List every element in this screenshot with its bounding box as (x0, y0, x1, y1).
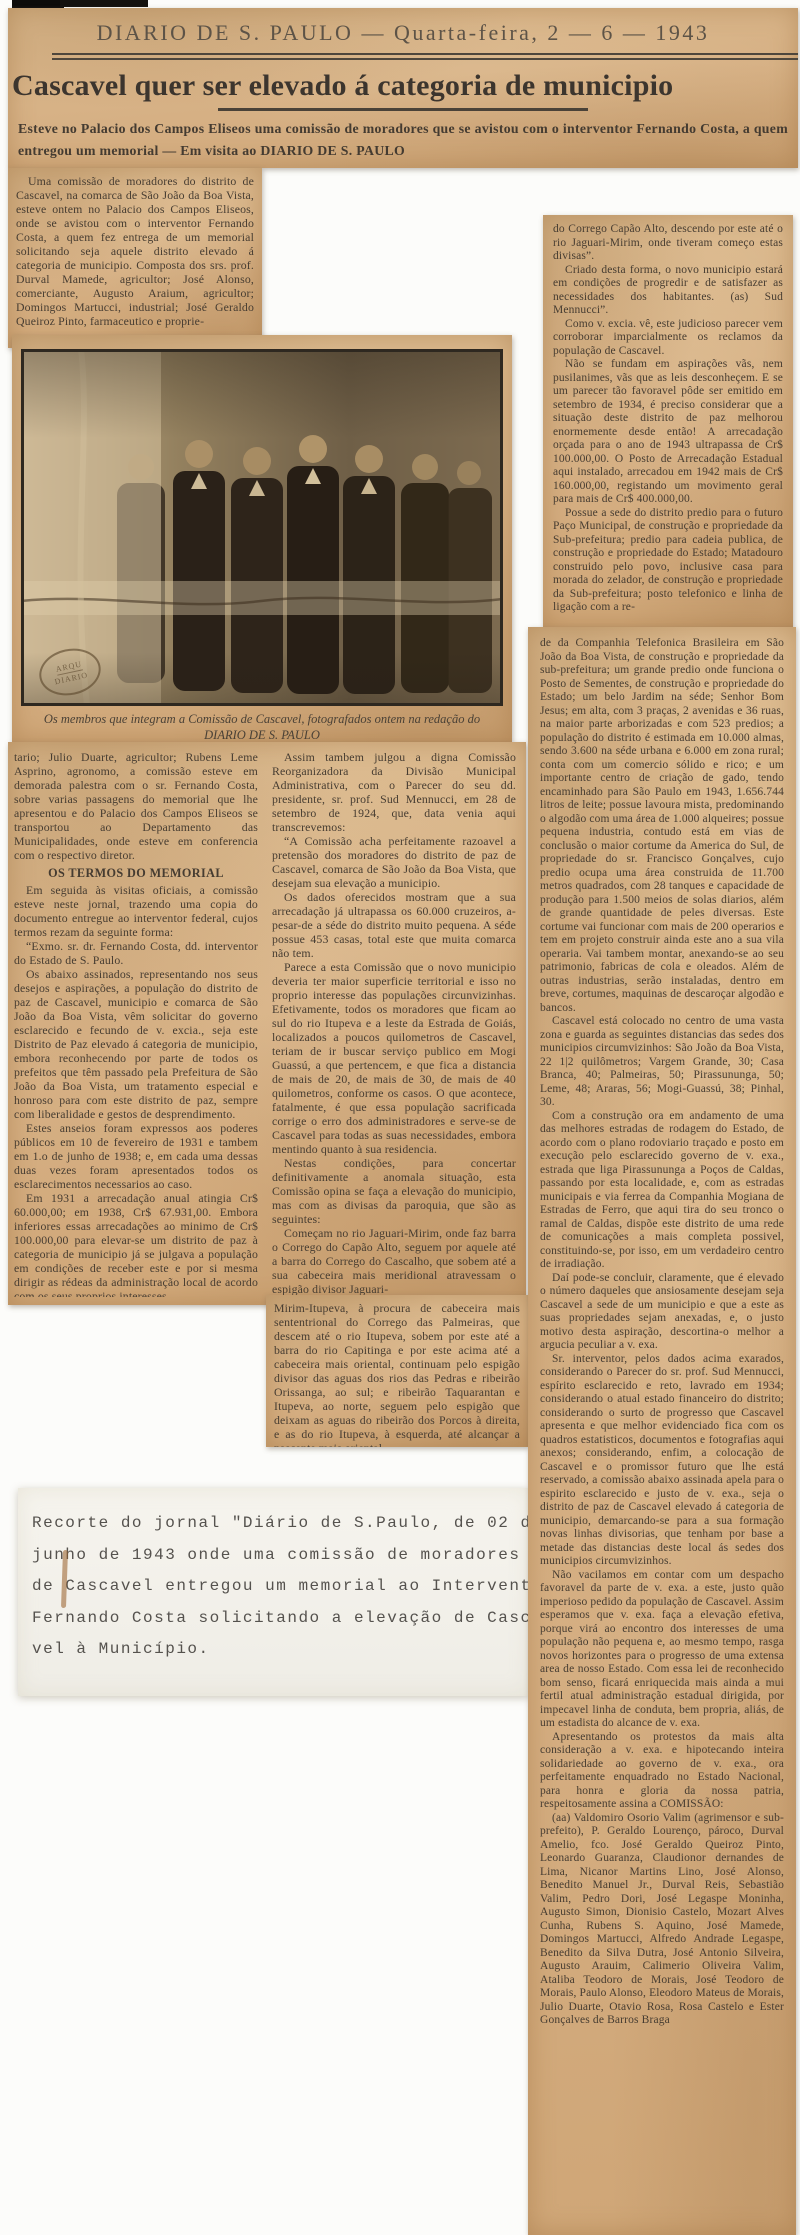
paragraph: Em 1931 a arrecadação anual atingia Cr$ … (14, 1191, 258, 1297)
article-column-2: Assim tambem julgou a digna Comissão Reo… (272, 750, 516, 1297)
paragraph: Os abaixo assinados, representando nos s… (14, 967, 258, 1121)
paragraph: Assim tambem julgou a digna Comissão Reo… (272, 750, 516, 834)
paragraph: tario; Julio Duarte, agricultor; Rubens … (14, 750, 258, 862)
typed-note-line: Fernando Costa solicitando a elevação de… (32, 1603, 516, 1635)
paragraph: Apresentando os protestos da mais alta c… (540, 1731, 784, 1812)
committee-photo: ARQU DIARIO (21, 349, 503, 706)
paragraph: (aa) Valdomiro Osorio Valim (agrimensor … (540, 1812, 784, 2028)
section-heading: OS TERMOS DO MEMORIAL (14, 866, 258, 880)
paragraph: “Exmo. sr. dr. Fernando Costa, dd. inter… (14, 939, 258, 967)
paragraph: Parece a esta Comissão que o novo munici… (272, 960, 516, 1156)
committee-photo-image (21, 349, 503, 706)
masthead-piece: DIARIO DE S. PAULO — Quarta-feira, 2 — 6… (8, 8, 798, 168)
newspaper-clipping-scan: DIARIO DE S. PAULO — Quarta-feira, 2 — 6… (0, 0, 800, 2235)
paragraph: Criado desta forma, o novo municipio est… (553, 264, 783, 318)
paragraph: Começam no rio Jaguari-Mirim, onde faz b… (272, 1226, 516, 1296)
paragraph: de da Companhia Telefonica Brasileira em… (540, 637, 784, 1015)
paragraph: Possue a sede do distrito predio para o … (553, 507, 783, 615)
paragraph: do Corrego Capão Alto, descendo por este… (553, 223, 783, 264)
paragraph: “A Comissão acha perfeitamente razoavel … (272, 834, 516, 890)
photo-caption: Os membros que integram a Comissão de Ca… (30, 711, 494, 743)
article-column-2-continuation: Mirim-Itupeva, à procura de cabeceira ma… (266, 1295, 528, 1447)
paragraph: Sr. interventor, pelos dados acima exara… (540, 1353, 784, 1569)
typed-note-line: vel à Município. (32, 1634, 516, 1666)
typed-note-line: de Cascavel entregou um memorial ao Inte… (32, 1571, 516, 1603)
article-column-1-bottom: tario; Julio Duarte, agricultor; Rubens … (14, 750, 258, 1297)
scan-black-mark (60, 0, 148, 7)
paragraph: Não vacilamos em contar com um despacho … (540, 1569, 784, 1731)
paragraph: Com a construção ora em andamento de uma… (540, 1110, 784, 1272)
paragraph: Uma comissão de moradores do distrito de… (16, 174, 254, 328)
article-right-column-lower: de da Companhia Telefonica Brasileira em… (528, 627, 796, 2235)
paragraph: Não se fundam em aspirações vãs, nem pus… (553, 358, 783, 507)
paragraph: Os dados oferecidos mostram que a sua ar… (272, 890, 516, 960)
photo-piece: ARQU DIARIO Os membros que integram a Co… (12, 335, 512, 742)
subheadline: Esteve no Palacio dos Campos Eliseos uma… (8, 118, 798, 162)
paragraph: Daí pode-se concluir, claramente, que é … (540, 1272, 784, 1353)
typed-note-line: Recorte do jornal "Diário de S.Paulo, de… (32, 1508, 516, 1540)
typed-note-line: junho de 1943 onde uma comissão de morad… (32, 1540, 516, 1572)
paragraph: Mirim-Itupeva, à procura de cabeceira ma… (274, 1301, 520, 1447)
paragraph: Em seguida às visitas oficiais, a comiss… (14, 883, 258, 939)
headline: Cascavel quer ser elevado á categoria de… (12, 69, 796, 103)
paragraph: Estes anseios foram expressos aos podere… (14, 1121, 258, 1191)
paragraph: Cascavel está colocado no centro de uma … (540, 1015, 784, 1110)
newspaper-name-dateline: DIARIO DE S. PAULO — Quarta-feira, 2 — 6… (8, 8, 798, 46)
article-right-column-upper: do Corrego Capão Alto, descendo por este… (543, 215, 793, 627)
paragraph: Como v. excia. vê, este judicioso parece… (553, 318, 783, 359)
paragraph: Nestas condições, para concertar definit… (272, 1156, 516, 1226)
headline-rule (218, 108, 588, 111)
double-rule (52, 53, 798, 60)
typed-note: Recorte do jornal "Diário de S.Paulo, de… (18, 1488, 530, 1696)
article-lower-columns-piece: tario; Julio Duarte, agricultor; Rubens … (8, 742, 526, 1305)
article-column-1-top: Uma comissão de moradores do distrito de… (8, 168, 262, 348)
